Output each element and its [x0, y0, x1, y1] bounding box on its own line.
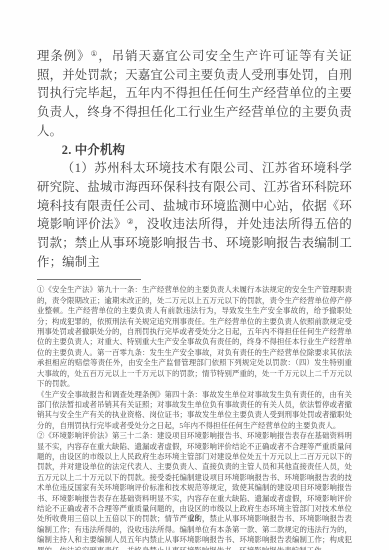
paragraph-continuation-pre: 理条例》	[37, 49, 91, 63]
footnotes-block: ①《安全生产法》第九十一条：生产经营单位的主要负责人未履行本法规定的安全生产管理…	[37, 285, 352, 550]
footnote-ref-2: ②	[127, 217, 134, 226]
footnote-1-paragraph-1: ①《安全生产法》第九十一条：生产经营单位的主要负责人未履行本法规定的安全生产管理…	[37, 285, 352, 389]
paragraph-continuation: 理条例》①，吊销天嘉宜公司安全生产许可证等有关证照，并处罚款；天嘉宜公司主要负责…	[37, 47, 352, 141]
section-heading: 2. 中介机构	[37, 141, 352, 160]
footnote-separator	[37, 279, 141, 280]
document-page: 理条例》①，吊销天嘉宜公司安全生产许可证等有关证照，并处罚款；天嘉宜公司主要负责…	[0, 0, 389, 550]
footnote-2-paragraph: ②《环境影响评价法》第三十二条：建设项目环境影响报告书、环境影响报告表存在基础资…	[37, 431, 352, 550]
footnote-1-paragraph-2: 《生产安全事故报告和调查处理条例》第四十条：事故发生单位对事故发生负有责任的，由…	[37, 390, 352, 432]
page-number: 28	[0, 514, 389, 524]
paragraph-intermediaries: （1）苏州科太环境技术有限公司、江苏省环境科学研究院、盐城市海西环保科技有限公司…	[37, 159, 352, 271]
body-text-block: 理条例》①，吊销天嘉宜公司安全生产许可证等有关证照，并处罚款；天嘉宜公司主要负责…	[37, 47, 352, 271]
